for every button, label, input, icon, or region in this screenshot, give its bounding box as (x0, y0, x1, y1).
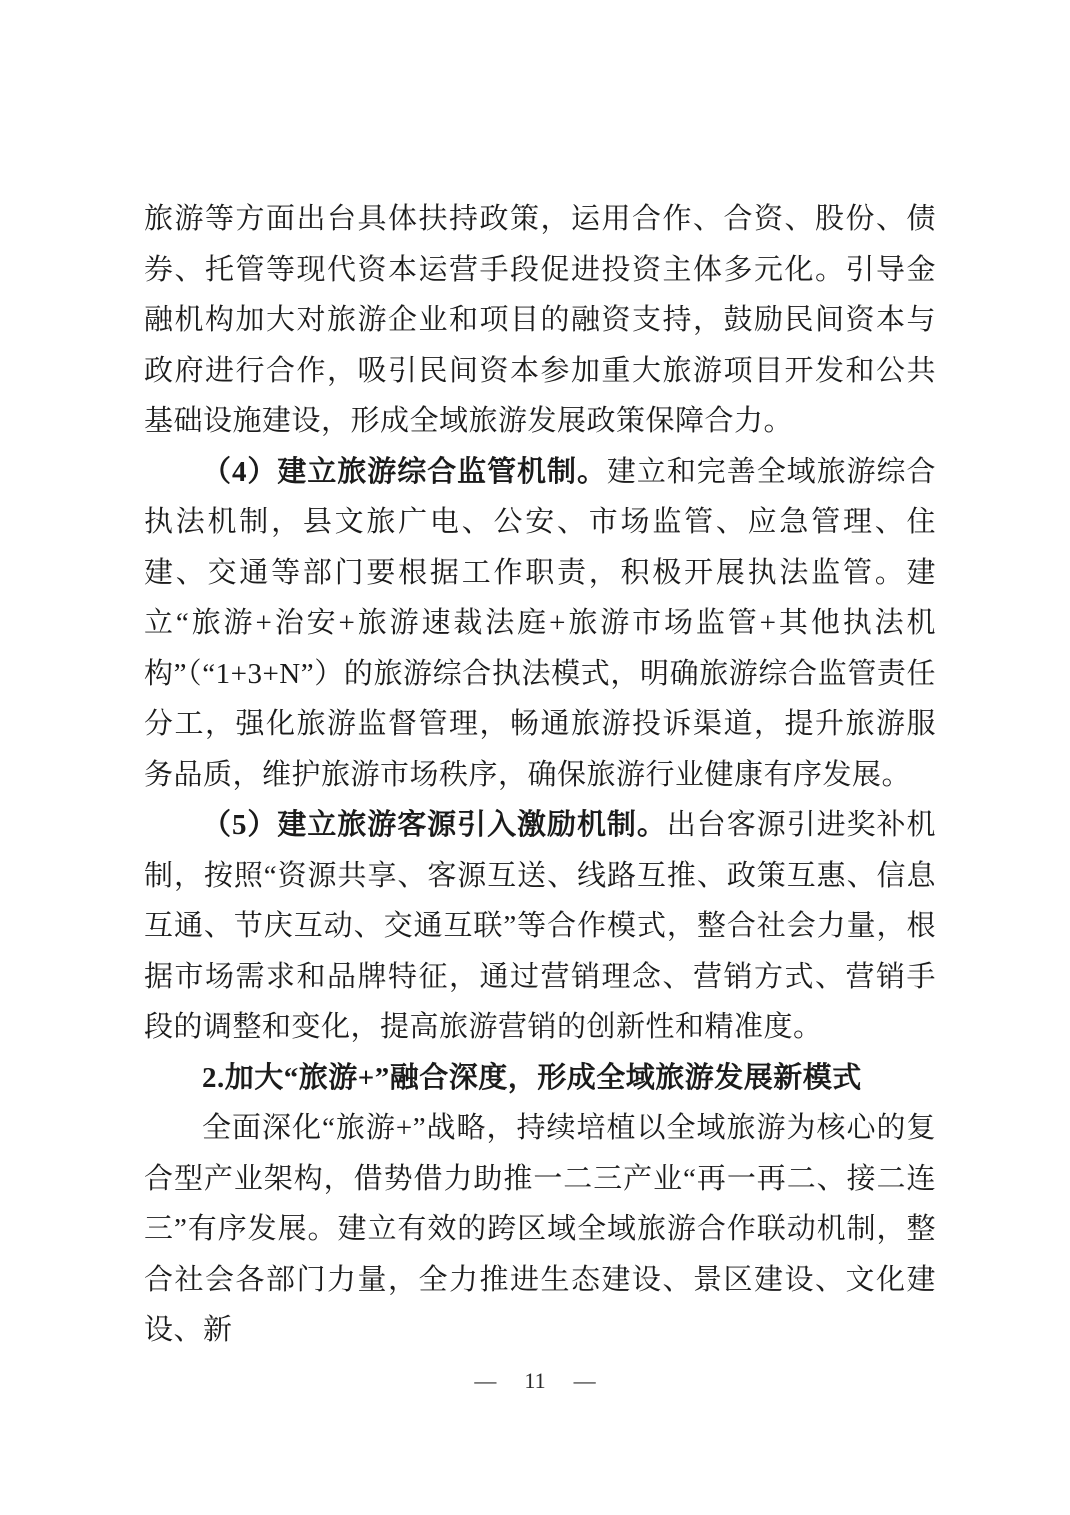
paragraph-section2: 全面深化“旅游+”战略，持续培植以全域旅游为核心的复合型产业架构，借势借力助推一… (144, 1103, 936, 1356)
paragraph-item5: （5）建立旅游客源引入激励机制。出台客源引进奖补机制，按照“资源共享、客源互送、… (144, 800, 936, 1053)
page-footer: —11— (0, 1366, 1070, 1396)
paragraph-item4: （4）建立旅游综合监管机制。建立和完善全域旅游综合执法机制，县文旅广电、公安、市… (144, 447, 936, 801)
item5-run-in-heading: （5）建立旅游客源引入激励机制。 (202, 809, 667, 841)
document-body: 旅游等方面出台具体扶持政策，运用合作、合资、股份、债券、托管等现代资本运营手段促… (144, 194, 936, 1356)
page-number: 11 (524, 1366, 545, 1396)
item4-run-in-heading: （4）建立旅游综合监管机制。 (202, 456, 607, 488)
section2-heading: 2.加大“旅游+”融合深度，形成全域旅游发展新模式 (144, 1053, 936, 1104)
item5-body-text: 出台客源引进奖补机制，按照“资源共享、客源互送、线路互推、政策互惠、信息互通、节… (144, 809, 936, 1043)
item4-body-text: 建立和完善全域旅游综合执法机制，县文旅广电、公安、市场监管、应急管理、住建、交通… (144, 456, 936, 791)
document-page: 旅游等方面出台具体扶持政策，运用合作、合资、股份、债券、托管等现代资本运营手段促… (0, 0, 1070, 1515)
paragraph-continuation: 旅游等方面出台具体扶持政策，运用合作、合资、股份、债券、托管等现代资本运营手段促… (144, 194, 936, 447)
footer-right-dash: — (574, 1366, 596, 1396)
footer-left-dash: — (474, 1366, 496, 1396)
